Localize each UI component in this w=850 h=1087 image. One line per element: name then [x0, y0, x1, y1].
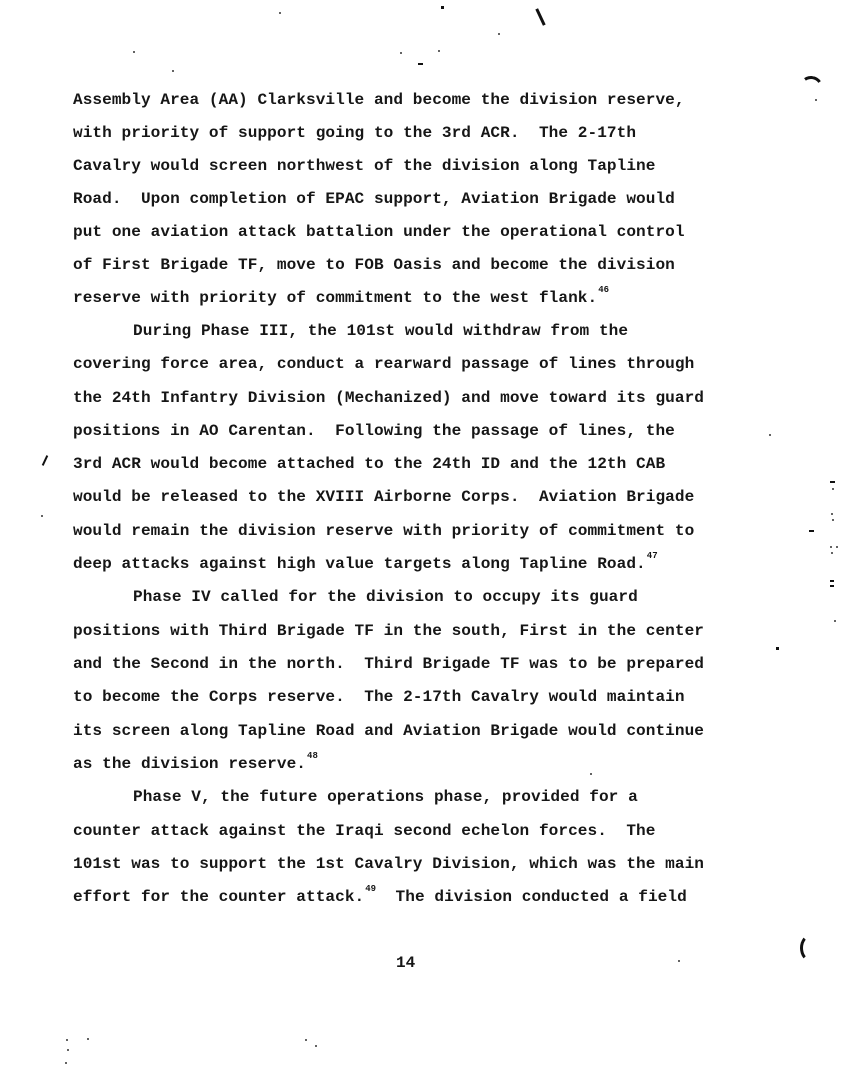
- line-text: put one aviation attack battalion under …: [73, 223, 685, 241]
- scan-mark-dash: [830, 580, 834, 582]
- scan-speck: [836, 546, 838, 548]
- scan-speck: [438, 50, 440, 52]
- line-text: covering force area, conduct a rearward …: [73, 355, 694, 373]
- line-text: During Phase III, the 101st would withdr…: [133, 322, 628, 340]
- text-line: the 24th Infantry Division (Mechanized) …: [73, 385, 704, 418]
- text-line: of First Brigade TF, move to FOB Oasis a…: [73, 252, 675, 285]
- text-line: effort for the counter attack.49 The div…: [73, 884, 687, 917]
- text-line: and the Second in the north. Third Briga…: [73, 651, 704, 684]
- page-number: 14: [396, 954, 415, 972]
- line-text: reserve with priority of commitment to t…: [73, 289, 597, 307]
- line-text: Road. Upon completion of EPAC support, A…: [73, 190, 675, 208]
- scanned-document-page: Assembly Area (AA) Clarksville and becom…: [0, 0, 850, 1087]
- line-text: deep attacks against high value targets …: [73, 555, 646, 573]
- footnote-marker-47: 47: [647, 551, 658, 561]
- line-text: effort for the counter attack.: [73, 888, 364, 906]
- text-line: put one aviation attack battalion under …: [73, 219, 685, 252]
- scan-mark-arc: [797, 74, 825, 102]
- footnote-marker-49: 49: [365, 884, 376, 894]
- paragraph-first-line: Phase IV called for the division to occu…: [133, 584, 638, 617]
- scan-speck: [305, 1039, 307, 1041]
- line-text: Phase V, the future operations phase, pr…: [133, 788, 638, 806]
- text-line: deep attacks against high value targets …: [73, 551, 658, 584]
- text-line: 101st was to support the 1st Cavalry Div…: [73, 851, 704, 884]
- line-text: with priority of support going to the 3r…: [73, 124, 636, 142]
- line-text: positions with Third Brigade TF in the s…: [73, 622, 704, 640]
- scan-speck: [67, 1049, 69, 1051]
- scan-speck: [831, 513, 833, 515]
- paragraph-first-line: Phase V, the future operations phase, pr…: [133, 784, 638, 817]
- footnote-marker-48: 48: [307, 751, 318, 761]
- scan-speck: [678, 960, 680, 962]
- scan-speck: [66, 1039, 68, 1041]
- scan-speck: [279, 12, 281, 14]
- text-line: with priority of support going to the 3r…: [73, 120, 636, 153]
- footnote-marker-46: 46: [598, 285, 609, 295]
- scan-mark-dash: [418, 63, 423, 65]
- text-line: reserve with priority of commitment to t…: [73, 285, 609, 318]
- line-text: Phase IV called for the division to occu…: [133, 588, 638, 606]
- text-line: as the division reserve.48: [73, 751, 318, 784]
- text-line: to become the Corps reserve. The 2-17th …: [73, 684, 685, 717]
- scan-speck: [65, 1062, 67, 1064]
- text-line: would remain the division reserve with p…: [73, 518, 694, 551]
- text-line: positions with Third Brigade TF in the s…: [73, 618, 704, 651]
- line-text: The division conducted a field: [376, 888, 687, 906]
- line-text: counter attack against the Iraqi second …: [73, 822, 655, 840]
- text-line: 3rd ACR would become attached to the 24t…: [73, 451, 665, 484]
- text-line: positions in AO Carentan. Following the …: [73, 418, 675, 451]
- line-text: as the division reserve.: [73, 755, 306, 773]
- scan-mark-dash: [830, 481, 835, 483]
- scan-mark-dash: [830, 585, 834, 587]
- line-text: 101st was to support the 1st Cavalry Div…: [73, 855, 704, 873]
- text-line: would be released to the XVIII Airborne …: [73, 484, 694, 517]
- paragraph-first-line: During Phase III, the 101st would withdr…: [133, 318, 628, 351]
- line-text: 3rd ACR would become attached to the 24t…: [73, 455, 665, 473]
- text-line: Cavalry would screen northwest of the di…: [73, 153, 655, 186]
- text-line: counter attack against the Iraqi second …: [73, 818, 655, 851]
- scan-speck: [172, 70, 174, 72]
- scan-speck: [41, 515, 43, 517]
- scan-speck: [815, 99, 817, 101]
- scan-speck: [133, 51, 135, 53]
- line-text: its screen along Tapline Road and Aviati…: [73, 722, 704, 740]
- scan-speck: [315, 1045, 317, 1047]
- scan-speck: [498, 33, 500, 35]
- scan-speck: [832, 519, 834, 521]
- scan-speck: [87, 1038, 89, 1040]
- line-text: positions in AO Carentan. Following the …: [73, 422, 675, 440]
- line-text: would be released to the XVIII Airborne …: [73, 488, 694, 506]
- scan-mark-dash: [809, 530, 814, 532]
- scan-mark-dot: [441, 6, 444, 9]
- scan-speck: [830, 546, 832, 548]
- scan-speck: [831, 552, 833, 554]
- line-text: Assembly Area (AA) Clarksville and becom…: [73, 91, 685, 109]
- line-text: of First Brigade TF, move to FOB Oasis a…: [73, 256, 675, 274]
- scan-speck: [400, 52, 402, 54]
- line-text: would remain the division reserve with p…: [73, 522, 694, 540]
- scan-mark-tick: [42, 455, 48, 466]
- scan-speck: [832, 488, 834, 490]
- text-line: covering force area, conduct a rearward …: [73, 351, 694, 384]
- line-text: Cavalry would screen northwest of the di…: [73, 157, 655, 175]
- line-text: to become the Corps reserve. The 2-17th …: [73, 688, 685, 706]
- text-line: its screen along Tapline Road and Aviati…: [73, 718, 704, 751]
- text-line: Road. Upon completion of EPAC support, A…: [73, 186, 675, 219]
- scan-mark-slash: [535, 8, 545, 26]
- scan-mark-paren: [800, 934, 822, 962]
- scan-speck: [590, 773, 592, 775]
- scan-speck: [834, 620, 836, 622]
- line-text: and the Second in the north. Third Briga…: [73, 655, 704, 673]
- scan-mark-dot: [776, 647, 779, 650]
- text-line: Assembly Area (AA) Clarksville and becom…: [73, 87, 685, 120]
- line-text: the 24th Infantry Division (Mechanized) …: [73, 389, 704, 407]
- scan-speck: [769, 434, 771, 436]
